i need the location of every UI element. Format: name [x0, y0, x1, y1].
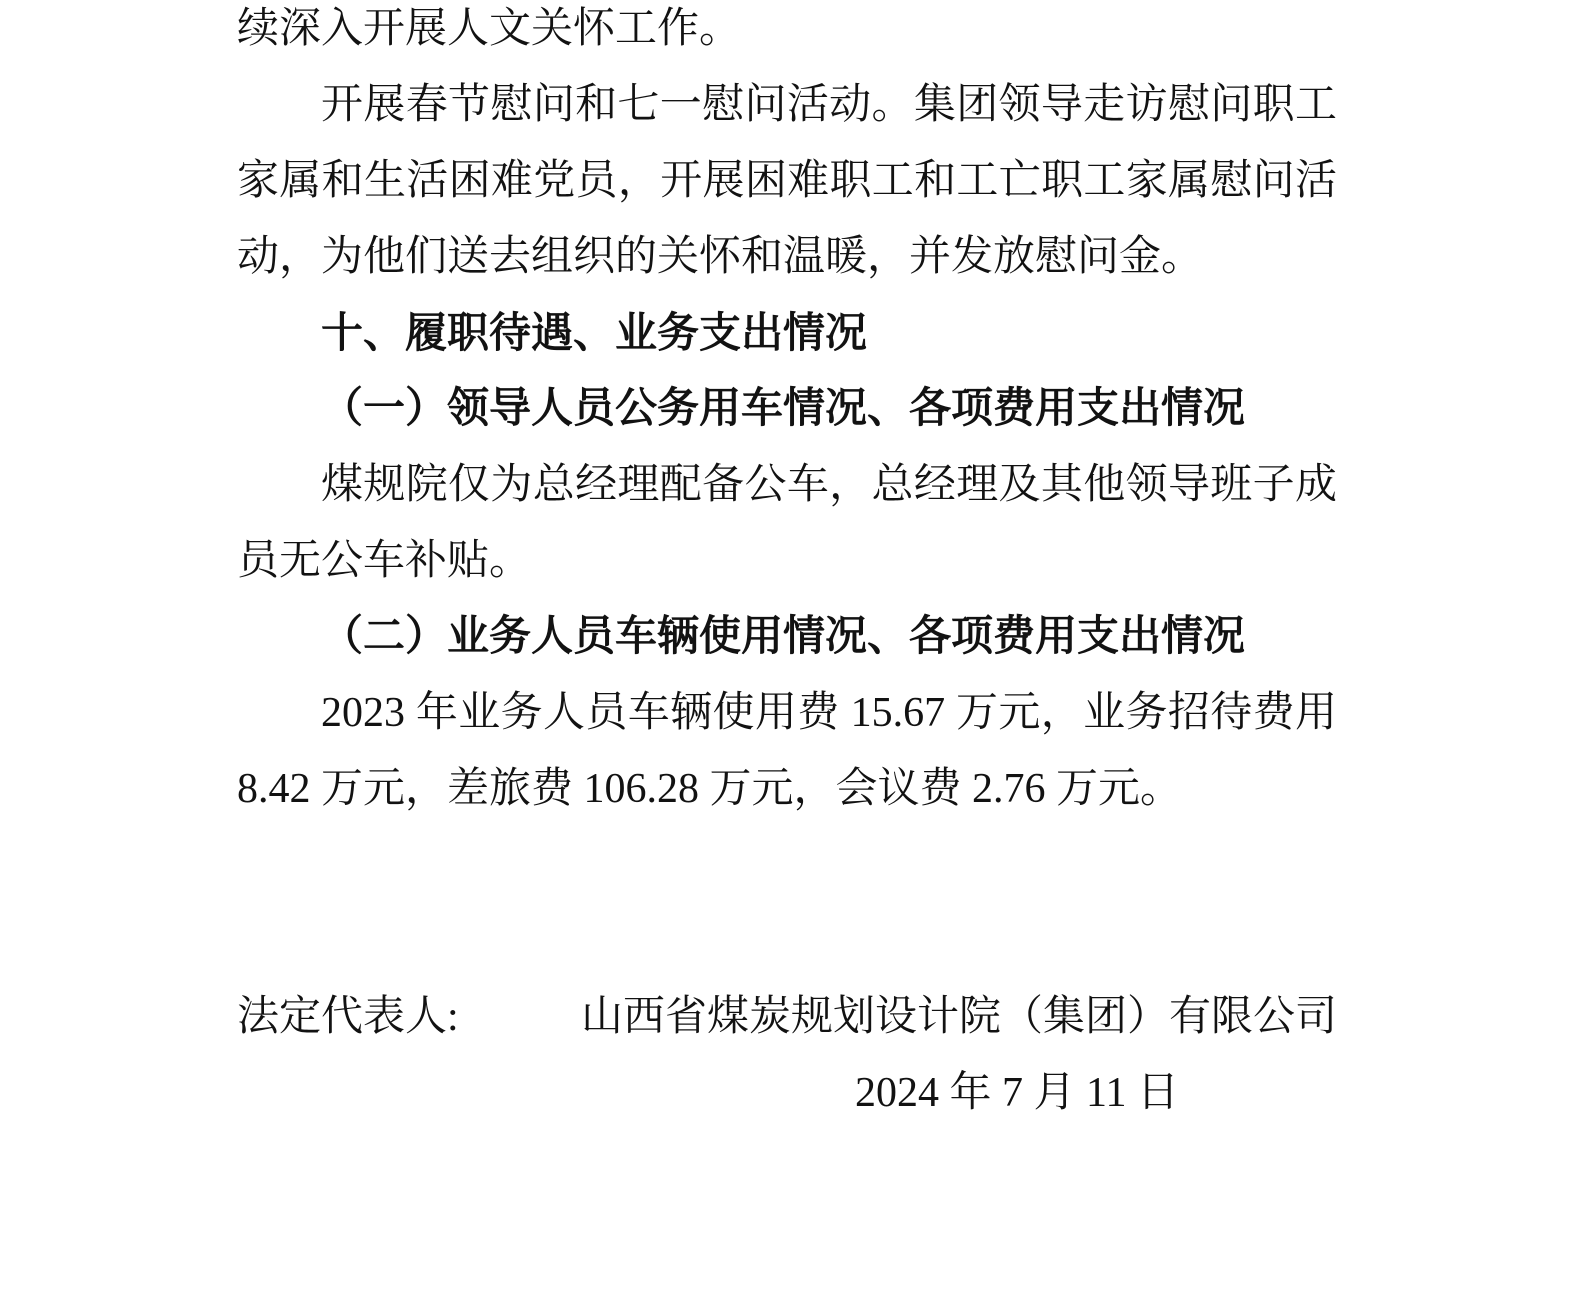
- body-line-continuation: 续深入开展人文关怀工作。: [237, 0, 1337, 67]
- subsection-heading-two: （二）业务人员车辆使用情况、各项费用支出情况: [237, 599, 1337, 675]
- body-line: 家属和生活困难党员，开展困难职工和工亡职工家属慰问活: [237, 143, 1337, 219]
- section-heading-ten: 十、履职待遇、业务支出情况: [237, 295, 1337, 371]
- company-name: 山西省煤炭规划设计院（集团）有限公司: [581, 979, 1337, 1055]
- body-line-paragraph-start: 煤规院仅为总经理配备公车，总经理及其他领导班子成: [237, 447, 1337, 523]
- body-line-paragraph-start: 2023 年业务人员车辆使用费 15.67 万元，业务招待费用: [237, 675, 1337, 751]
- body-line: 员无公车补贴。: [237, 523, 1337, 599]
- blank-line: [237, 903, 1337, 979]
- document-content: 续深入开展人文关怀工作。 开展春节慰问和七一慰问活动。集团领导走访慰问职工 家属…: [237, 0, 1337, 1131]
- body-line-expenses: 8.42 万元，差旅费 106.28 万元，会议费 2.76 万元。: [237, 751, 1337, 827]
- body-line-paragraph-start: 开展春节慰问和七一慰问活动。集团领导走访慰问职工: [237, 67, 1337, 143]
- subsection-heading-one: （一）领导人员公务用车情况、各项费用支出情况: [237, 371, 1337, 447]
- document-page: 续深入开展人文关怀工作。 开展春节慰问和七一慰问活动。集团领导走访慰问职工 家属…: [0, 0, 1586, 1293]
- blank-line: [237, 827, 1337, 903]
- legal-representative-label: 法定代表人:: [237, 979, 459, 1055]
- signature-row: 法定代表人: 山西省煤炭规划设计院（集团）有限公司: [237, 979, 1337, 1055]
- document-date: 2024 年 7 月 11 日: [237, 1055, 1337, 1131]
- body-line: 动，为他们送去组织的关怀和温暖，并发放慰问金。: [237, 219, 1337, 295]
